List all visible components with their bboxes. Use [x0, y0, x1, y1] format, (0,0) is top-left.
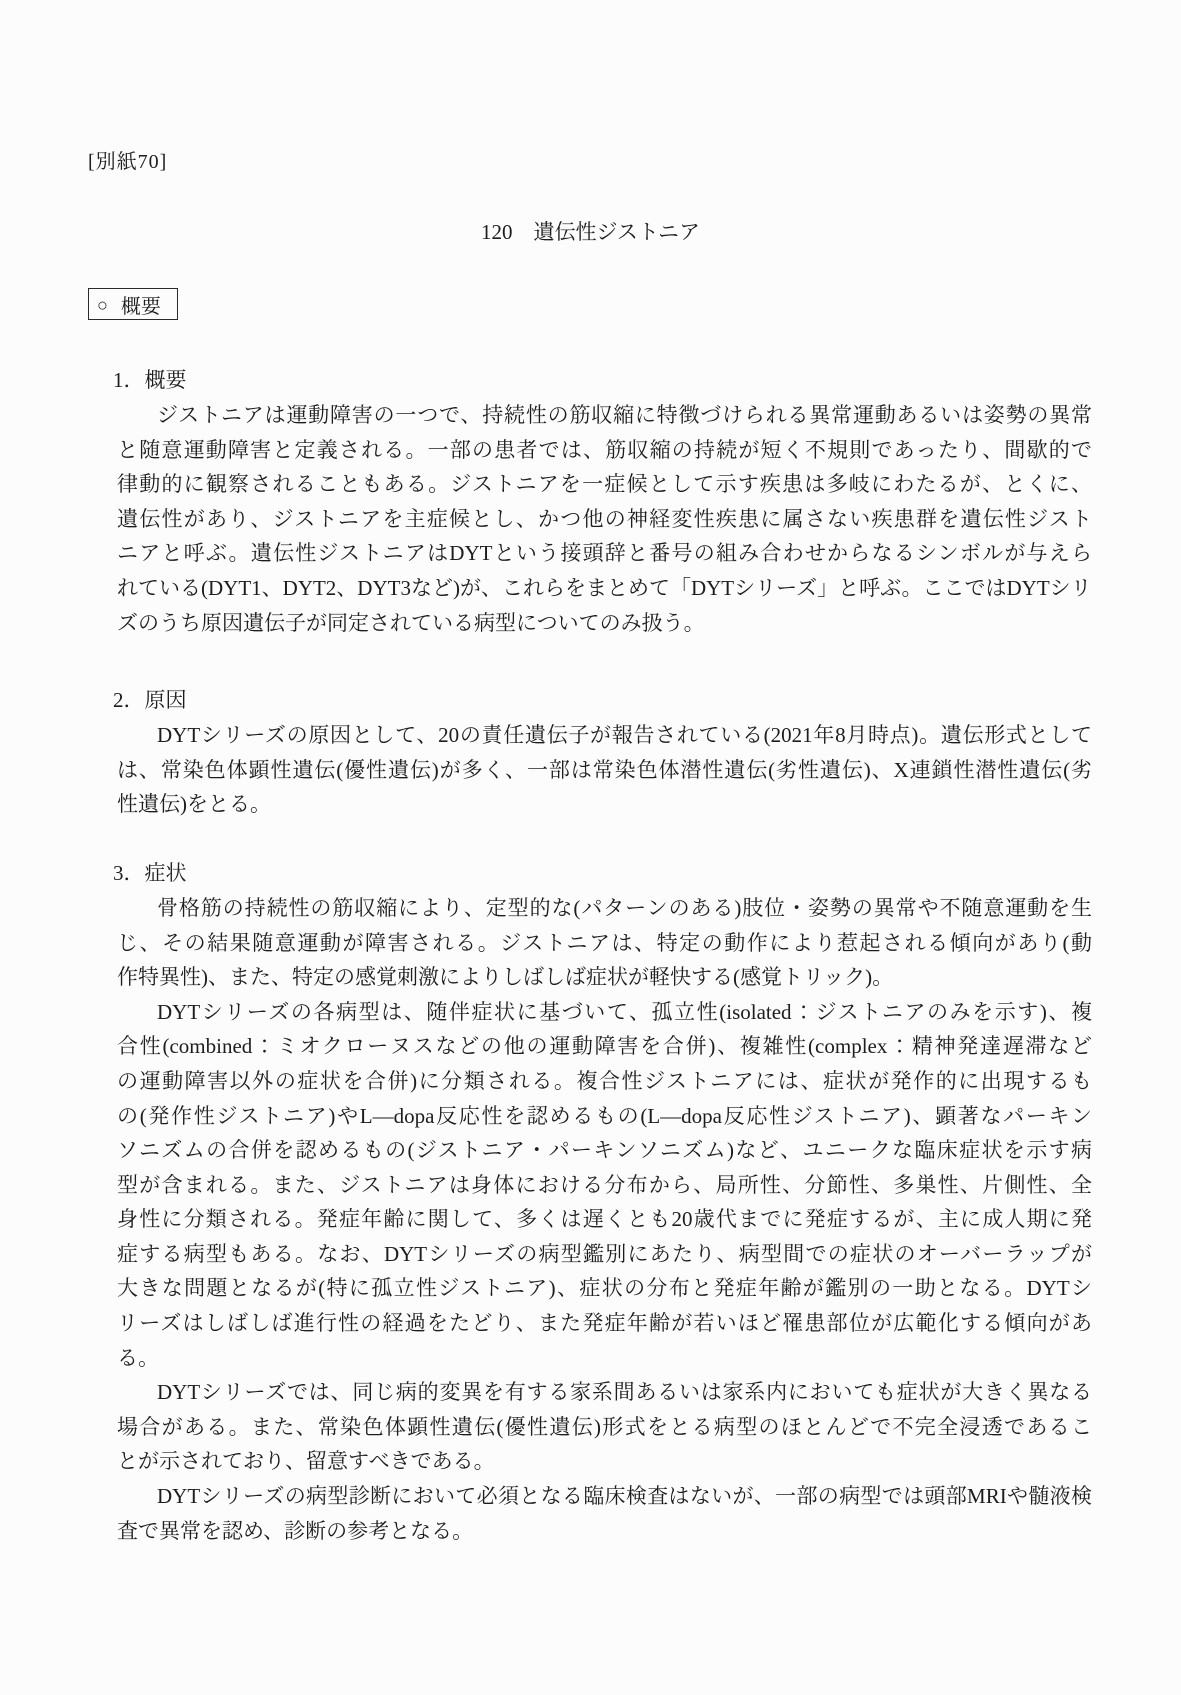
document-body: 1．概要ジストニアは運動障害の一つで、持続性の筋収縮に特徴づけられる異常運動ある… [117, 363, 1092, 1548]
section: 3．症状骨格筋の持続性の筋収縮により、定型的な(パターンのある)肢位・姿勢の異常… [117, 856, 1092, 1548]
text-line: の(発作性ジストニア)やL—dopa反応性を認めるもの(L—dopa反応性ジスト… [117, 1099, 1092, 1134]
text-line: DYTシリーズの病型診断において必須となる臨床検査はないが、一部の病型では頭部M… [117, 1479, 1092, 1514]
overview-box: ○ 概要 [88, 288, 178, 320]
text-line: 型が含まれる。また、ジストニアは身体における分布から、局所性、分節性、多巣性、片… [117, 1168, 1092, 1203]
text-line: 場合がある。また、常染色体顕性遺伝(優性遺伝)形式をとる病型のほとんどで不完全浸… [117, 1410, 1092, 1445]
text-line: 律動的に観察されることもある。ジストニアを一症候として示す疾患は多岐にわたるが、… [117, 467, 1092, 502]
overview-box-label: 概要 [121, 290, 161, 319]
document-page: [別紙70] 120 遺伝性ジストニア ○ 概要 1．概要ジストニアは運動障害の… [0, 0, 1181, 1695]
text-line: ソニズムの合併を認めるもの(ジストニア・パーキンソニズム)など、ユニークな臨床症… [117, 1133, 1092, 1168]
attachment-label: [別紙70] [88, 150, 167, 174]
page-title: 120 遺伝性ジストニア [0, 219, 1181, 246]
text-line: 骨格筋の持続性の筋収縮により、定型的な(パターンのある)肢位・姿勢の異常や不随意… [117, 891, 1092, 926]
text-line: ニアと呼ぶ。遺伝性ジストニアはDYTという接頭辞と番号の組み合わせからなるシンボ… [117, 536, 1092, 571]
text-line: と随意運動障害と定義される。一部の患者では、筋収縮の持続が短く不規則であったり、… [117, 433, 1092, 468]
text-line: ジストニアは運動障害の一つで、持続性の筋収縮に特徴づけられる異常運動あるいは姿勢… [117, 398, 1092, 433]
paragraph: 骨格筋の持続性の筋収縮により、定型的な(パターンのある)肢位・姿勢の異常や不随意… [117, 891, 1092, 995]
section-heading: 2．原因 [113, 683, 1092, 718]
text-line: DYTシリーズでは、同じ病的変異を有する家系間あるいは家系内においても症状が大き… [117, 1375, 1092, 1410]
section-heading: 3．症状 [113, 856, 1092, 891]
circle-marker-icon: ○ [97, 296, 108, 314]
text-line: の運動障害以外の症状を合併)に分類される。複合性ジストニアには、症状が発作的に出… [117, 1064, 1092, 1099]
paragraph: DYTシリーズの各病型は、随伴症状に基づいて、孤立性(isolated：ジストニ… [117, 995, 1092, 1376]
section-heading: 1．概要 [113, 363, 1092, 398]
text-line: 遺伝性があり、ジストニアを主症候とし、かつ他の神経変性疾患に属さない疾患群を遺伝… [117, 502, 1092, 537]
section: 1．概要ジストニアは運動障害の一つで、持続性の筋収縮に特徴づけられる異常運動ある… [117, 363, 1092, 640]
text-line: は、常染色体顕性遺伝(優性遺伝)が多く、一部は常染色体潜性遺伝(劣性遺伝)、X連… [117, 753, 1092, 788]
text-line: 症する病型もある。なお、DYTシリーズの病型鑑別にあたり、病型間での症状のオーバ… [117, 1237, 1092, 1272]
text-line: じ、その結果随意運動が障害される。ジストニアは、特定の動作により惹起される傾向が… [117, 926, 1092, 961]
paragraph: DYTシリーズの原因として、20の責任遺伝子が報告されている(2021年8月時点… [117, 718, 1092, 822]
text-line: 作特異性)、また、特定の感覚刺激によりしばしば症状が軽快する(感覚トリック)。 [117, 960, 1092, 995]
text-line: れている(DYT1、DYT2、DYT3など)が、これらをまとめて「DYTシリーズ… [117, 571, 1092, 606]
text-line: 大きな問題となるが(特に孤立性ジストニア)、症状の分布と発症年齢が鑑別の一助とな… [117, 1271, 1092, 1306]
text-line: る。 [117, 1341, 1092, 1376]
text-line: リーズはしばしば進行性の経過をたどり、また発症年齢が若いほど罹患部位が広範化する… [117, 1306, 1092, 1341]
text-line: 性遺伝)をとる。 [117, 787, 1092, 822]
paragraph: DYTシリーズでは、同じ病的変異を有する家系間あるいは家系内においても症状が大き… [117, 1375, 1092, 1479]
section: 2．原因DYTシリーズの原因として、20の責任遺伝子が報告されている(2021年… [117, 683, 1092, 822]
text-line: とが示されており、留意すべきである。 [117, 1444, 1092, 1479]
paragraph: DYTシリーズの病型診断において必須となる臨床検査はないが、一部の病型では頭部M… [117, 1479, 1092, 1548]
paragraph: ジストニアは運動障害の一つで、持続性の筋収縮に特徴づけられる異常運動あるいは姿勢… [117, 398, 1092, 640]
text-line: 合性(combined：ミオクローヌスなどの他の運動障害を合併)、複雑性(com… [117, 1029, 1092, 1064]
text-line: 身性に分類される。発症年齢に関して、多くは遅くとも20歳代までに発症するが、主に… [117, 1202, 1092, 1237]
text-line: DYTシリーズの各病型は、随伴症状に基づいて、孤立性(isolated：ジストニ… [117, 995, 1092, 1030]
text-line: 査で異常を認め、診断の参考となる。 [117, 1514, 1092, 1549]
text-line: DYTシリーズの原因として、20の責任遺伝子が報告されている(2021年8月時点… [117, 718, 1092, 753]
text-line: ズのうち原因遺伝子が同定されている病型についてのみ扱う。 [117, 606, 1092, 641]
